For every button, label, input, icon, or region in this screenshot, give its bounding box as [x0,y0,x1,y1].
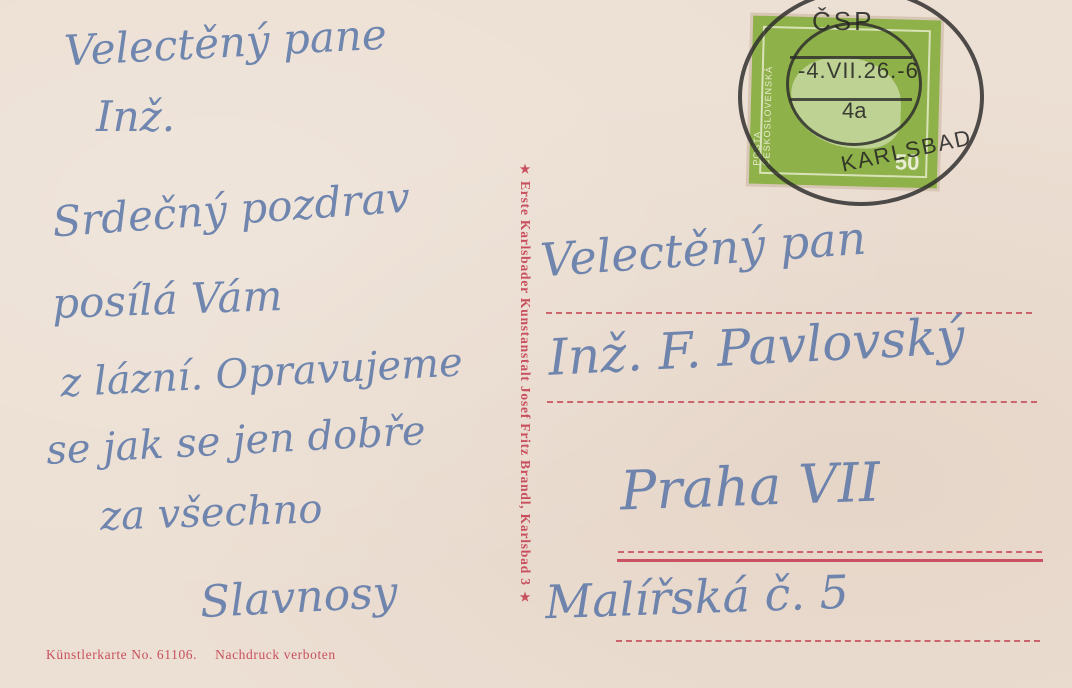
message-line: Velectěný pane [63,10,388,76]
message-line: za všechno [99,486,323,540]
message-line: se jak se jen dobře [45,408,427,474]
signature: Slavnosy [199,567,399,628]
postmark-inner-ring [786,22,922,146]
card-number: Künstlerkarte No. 61106. [46,647,197,662]
postmark-date: -4.VII.26.-6 [798,58,919,84]
postcard-back: Velectěný pane Inž. Srdečný pozdrav posí… [0,0,1072,688]
address-line-2 [547,401,1037,403]
address-underline-solid [617,559,1043,562]
publisher-imprint: ★ Erste Karlsbader Kunstanstalt Josef Fr… [507,96,533,670]
footer-imprint: Künstlerkarte No. 61106.Nachdruck verbot… [46,647,336,663]
star-icon: ★ [518,162,532,177]
address-city: Praha VII [619,450,881,522]
message-line: z lázní. Opravujeme [59,339,464,406]
address-line-4 [616,640,1040,642]
message-line: Inž. [96,92,175,141]
message-line: posílá Vám [51,271,283,328]
star-icon: ★ [518,590,532,605]
address-street: Malířská č. 5 [544,565,849,630]
reprint-notice: Nachdruck verboten [215,647,336,662]
address-recipient: Inž. F. Pavlovský [547,307,966,387]
message-line: Srdečný pozdrav [51,173,412,247]
publisher-text: Erste Karlsbader Kunstanstalt Josef Frit… [518,181,533,586]
postmark-top-text: ČSP [812,6,874,37]
postmark-number: 4a [842,98,866,124]
address-salutation: Velectěný pan [539,211,868,288]
address-line-3 [618,551,1042,553]
